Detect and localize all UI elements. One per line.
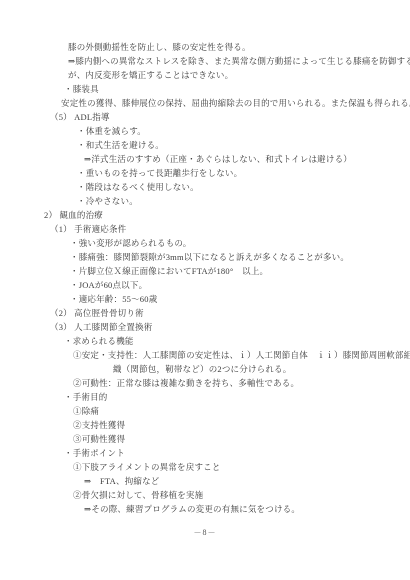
text-line: が、内反変形を矯正することはできない。 (0, 68, 400, 82)
text-line: ③可動性獲得 (0, 432, 400, 446)
text-line: ・体重を減らす。 (0, 124, 400, 138)
text-line: ・片脚立位Ｘ線正面像においてFTAが180° 以上。 (0, 264, 400, 278)
text-line: ①安定・支持性：人工膝関節の安定性は、ｉ）人工関節自体 ｉｉ）膝関節周囲軟部組 (0, 348, 400, 362)
text-line: 織（関節包，靭帯など）の2つに分けられる。 (0, 362, 400, 376)
text-line: ・膝装具 (0, 82, 400, 96)
text-line: ・重いものを持って長距離歩行をしない。 (0, 166, 400, 180)
text-line: （5） ADL指導 (0, 110, 400, 124)
document-body: 膝の外側動揺性を防止し、膝の安定性を得る。⇒膝内側への異常なストレスを除き、また… (0, 40, 400, 516)
text-line: ・手術ポイント (0, 446, 400, 460)
text-line: 2） 観血的治療 (0, 208, 400, 222)
text-line: ⇒その際、練習プログラムの変更の有無に気をつける。 (0, 502, 400, 516)
text-line: ⇒膝内側への異常なストレスを除き、また異常な側方動揺によって生じる膝痛を防御する (0, 54, 400, 68)
page-number: －8－ (0, 527, 410, 538)
text-line: ②支持性獲得 (0, 418, 400, 432)
text-line: 膝の外側動揺性を防止し、膝の安定性を得る。 (0, 40, 400, 54)
document-page: 膝の外側動揺性を防止し、膝の安定性を得る。⇒膝内側への異常なストレスを除き、また… (0, 0, 410, 580)
text-line: ・JOAが60点以下。 (0, 278, 400, 292)
text-line: ・手術目的 (0, 390, 400, 404)
text-line: ⇒洋式生活のすすめ（正座・あぐらはしない、和式トイレは避ける） (0, 152, 400, 166)
text-line: 安定性の獲得、膝伸展位の保持、屈曲拘縮除去の目的で用いられる。また保温も得られる… (0, 96, 400, 110)
text-line: （3） 人工膝関節全置換術 (0, 320, 400, 334)
text-line: ②可動性：正常な膝は複雑な動きを持ち、多軸性である。 (0, 376, 400, 390)
text-line: ・膝痛強：膝関節裂隙が3mm以下になると訴えが多くなることが多い。 (0, 250, 400, 264)
text-line: ・強い変形が認められるもの。 (0, 236, 400, 250)
text-line: ・適応年齢：55～60歳 (0, 292, 400, 306)
text-line: ①除痛 (0, 404, 400, 418)
text-line: ・和式生活を避ける。 (0, 138, 400, 152)
text-line: （1） 手術適応条件 (0, 222, 400, 236)
text-line: ・階段はなるべく使用しない。 (0, 180, 400, 194)
text-line: ①下肢アライメントの異常を戻すこと (0, 460, 400, 474)
text-line: ⇒ FTA、拘縮など (0, 474, 400, 488)
text-line: ・冷やさない。 (0, 194, 400, 208)
text-line: ②骨欠損に対して、骨移植を実施 (0, 488, 400, 502)
text-line: ・求められる機能 (0, 334, 400, 348)
text-line: （2） 高位脛骨骨切り術 (0, 306, 400, 320)
